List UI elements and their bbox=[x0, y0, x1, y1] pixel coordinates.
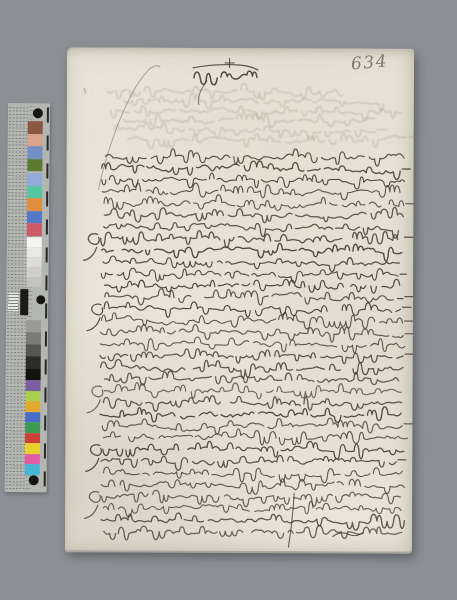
color-calibration-target bbox=[5, 103, 50, 492]
target-barcode-bar bbox=[20, 289, 28, 315]
grayscale-ramp-light bbox=[26, 237, 41, 287]
pen-stroke bbox=[104, 525, 402, 542]
color-patch bbox=[27, 247, 42, 257]
pen-stroke bbox=[103, 395, 401, 412]
pen-stroke bbox=[104, 302, 411, 319]
pen-stroke bbox=[103, 441, 404, 460]
pen-stroke bbox=[103, 500, 401, 518]
pen-stroke bbox=[194, 71, 257, 85]
color-patch bbox=[28, 134, 43, 147]
pen-stroke bbox=[104, 206, 403, 223]
pen-stroke bbox=[84, 234, 100, 261]
pen-stroke bbox=[103, 256, 400, 272]
color-patch bbox=[26, 277, 41, 287]
target-label bbox=[7, 291, 19, 313]
pen-stroke bbox=[107, 83, 344, 100]
color-patch bbox=[27, 237, 42, 247]
color-patch bbox=[26, 320, 41, 332]
color-patch bbox=[25, 391, 40, 402]
color-patch bbox=[27, 173, 42, 186]
heading-script bbox=[194, 71, 257, 85]
pen-stroke bbox=[86, 445, 102, 472]
color-patch bbox=[27, 159, 42, 172]
pen-stroke bbox=[84, 88, 85, 93]
target-logo-block bbox=[6, 288, 48, 316]
pen-stroke bbox=[128, 133, 414, 150]
pen-stroke bbox=[87, 304, 103, 331]
grayscale-ramp-dark bbox=[26, 320, 42, 380]
manuscript-page: 634 bbox=[65, 47, 414, 552]
color-patch bbox=[26, 332, 41, 344]
pen-stroke bbox=[85, 492, 101, 519]
color-patch bbox=[25, 443, 40, 454]
color-patch bbox=[27, 257, 42, 267]
pen-stroke bbox=[102, 243, 402, 262]
color-patch bbox=[25, 454, 40, 465]
pen-stroke bbox=[102, 160, 411, 179]
pen-stroke bbox=[104, 222, 399, 238]
pen-stroke bbox=[193, 64, 258, 70]
color-patch bbox=[27, 198, 42, 211]
pen-stroke bbox=[105, 278, 400, 293]
handwriting-text bbox=[65, 47, 414, 552]
pen-stroke bbox=[105, 148, 404, 166]
color-patch bbox=[25, 433, 40, 444]
color-patch bbox=[27, 186, 42, 199]
verso-show-through bbox=[107, 83, 414, 149]
color-patch bbox=[25, 380, 40, 391]
color-patch-column-top bbox=[27, 121, 43, 236]
pen-stroke bbox=[101, 267, 406, 283]
color-patch bbox=[25, 422, 40, 433]
pen-stroke bbox=[104, 382, 401, 399]
color-patch bbox=[26, 368, 41, 380]
pen-stroke bbox=[102, 173, 405, 190]
color-patch bbox=[26, 267, 41, 277]
color-patch bbox=[28, 121, 43, 134]
pen-stroke bbox=[104, 467, 403, 484]
manuscript-text-lines bbox=[82, 148, 414, 541]
color-patch bbox=[28, 146, 43, 159]
pen-stroke bbox=[104, 194, 414, 211]
color-patch bbox=[25, 412, 40, 423]
color-patch bbox=[25, 464, 40, 475]
pen-stroke bbox=[102, 417, 414, 435]
pen-stroke bbox=[87, 386, 103, 413]
registration-dot-top bbox=[33, 108, 43, 118]
pen-stroke bbox=[102, 183, 400, 200]
pen-stroke bbox=[105, 289, 414, 306]
color-patch bbox=[27, 211, 42, 224]
pen-stroke bbox=[103, 428, 407, 445]
color-patch bbox=[26, 356, 41, 368]
photograph-background: 634 bbox=[0, 0, 457, 600]
registration-dot-bottom bbox=[29, 475, 39, 485]
pen-stroke bbox=[100, 337, 405, 354]
color-patch bbox=[26, 344, 41, 356]
color-patch bbox=[27, 223, 42, 236]
pen-stroke bbox=[124, 93, 383, 110]
color-patch-column-bottom bbox=[25, 380, 41, 475]
color-patch bbox=[25, 401, 40, 412]
